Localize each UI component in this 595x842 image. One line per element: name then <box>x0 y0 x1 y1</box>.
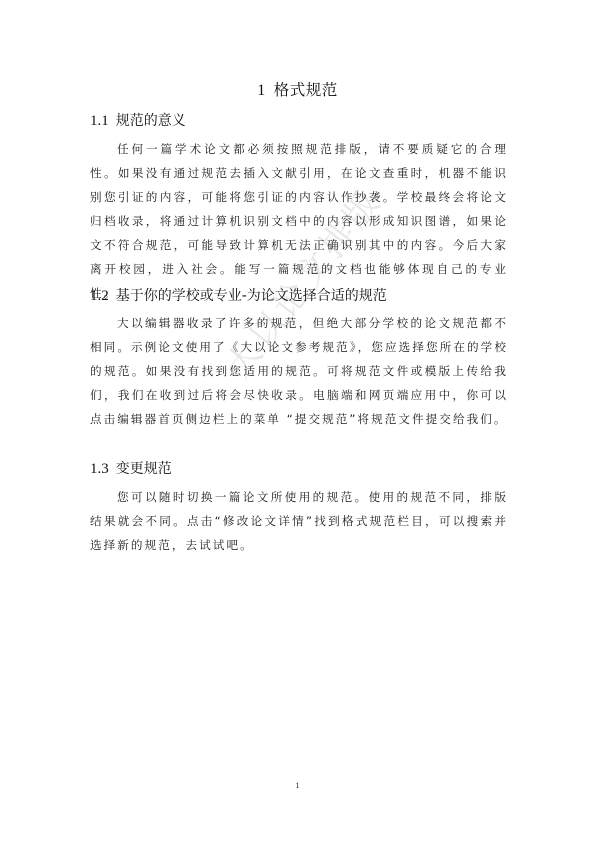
section-title-text: 基于你的学校或专业-为论文选择合适的规范 <box>116 288 387 304</box>
chapter-number: 1 <box>257 82 266 99</box>
section-heading-1-2: 1.2基于你的学校或专业-为论文选择合适的规范 <box>90 285 387 305</box>
section-number: 1.2 <box>90 288 109 304</box>
section-1-2-paragraph: 大以编辑器收录了许多的规范，但绝大部分学校的论文规范都不相同。示例论文使用了《大… <box>90 311 508 431</box>
section-1-3-paragraph: 您可以随时切换一篇论文所使用的规范。使用的规范不同，排版结果就会不同。点击“修改… <box>90 485 508 557</box>
section-title-text: 规范的意义 <box>116 113 186 129</box>
section-number: 1.3 <box>90 461 109 477</box>
document-page: 大以论文排版 1格式规范 1.1规范的意义 任何一篇学术论文都必须按照规范排版，… <box>0 0 595 842</box>
page-number: 1 <box>0 781 595 790</box>
section-title-text: 变更规范 <box>116 461 172 477</box>
chapter-title: 1格式规范 <box>0 78 595 100</box>
section-heading-1-1: 1.1规范的意义 <box>90 110 186 130</box>
section-1-1-paragraph: 任何一篇学术论文都必须按照规范排版，请不要质疑它的合理性。如果没有通过规范去插入… <box>90 137 508 305</box>
chapter-title-text: 格式规范 <box>274 81 338 99</box>
section-number: 1.1 <box>90 113 109 129</box>
section-heading-1-3: 1.3变更规范 <box>90 458 172 478</box>
